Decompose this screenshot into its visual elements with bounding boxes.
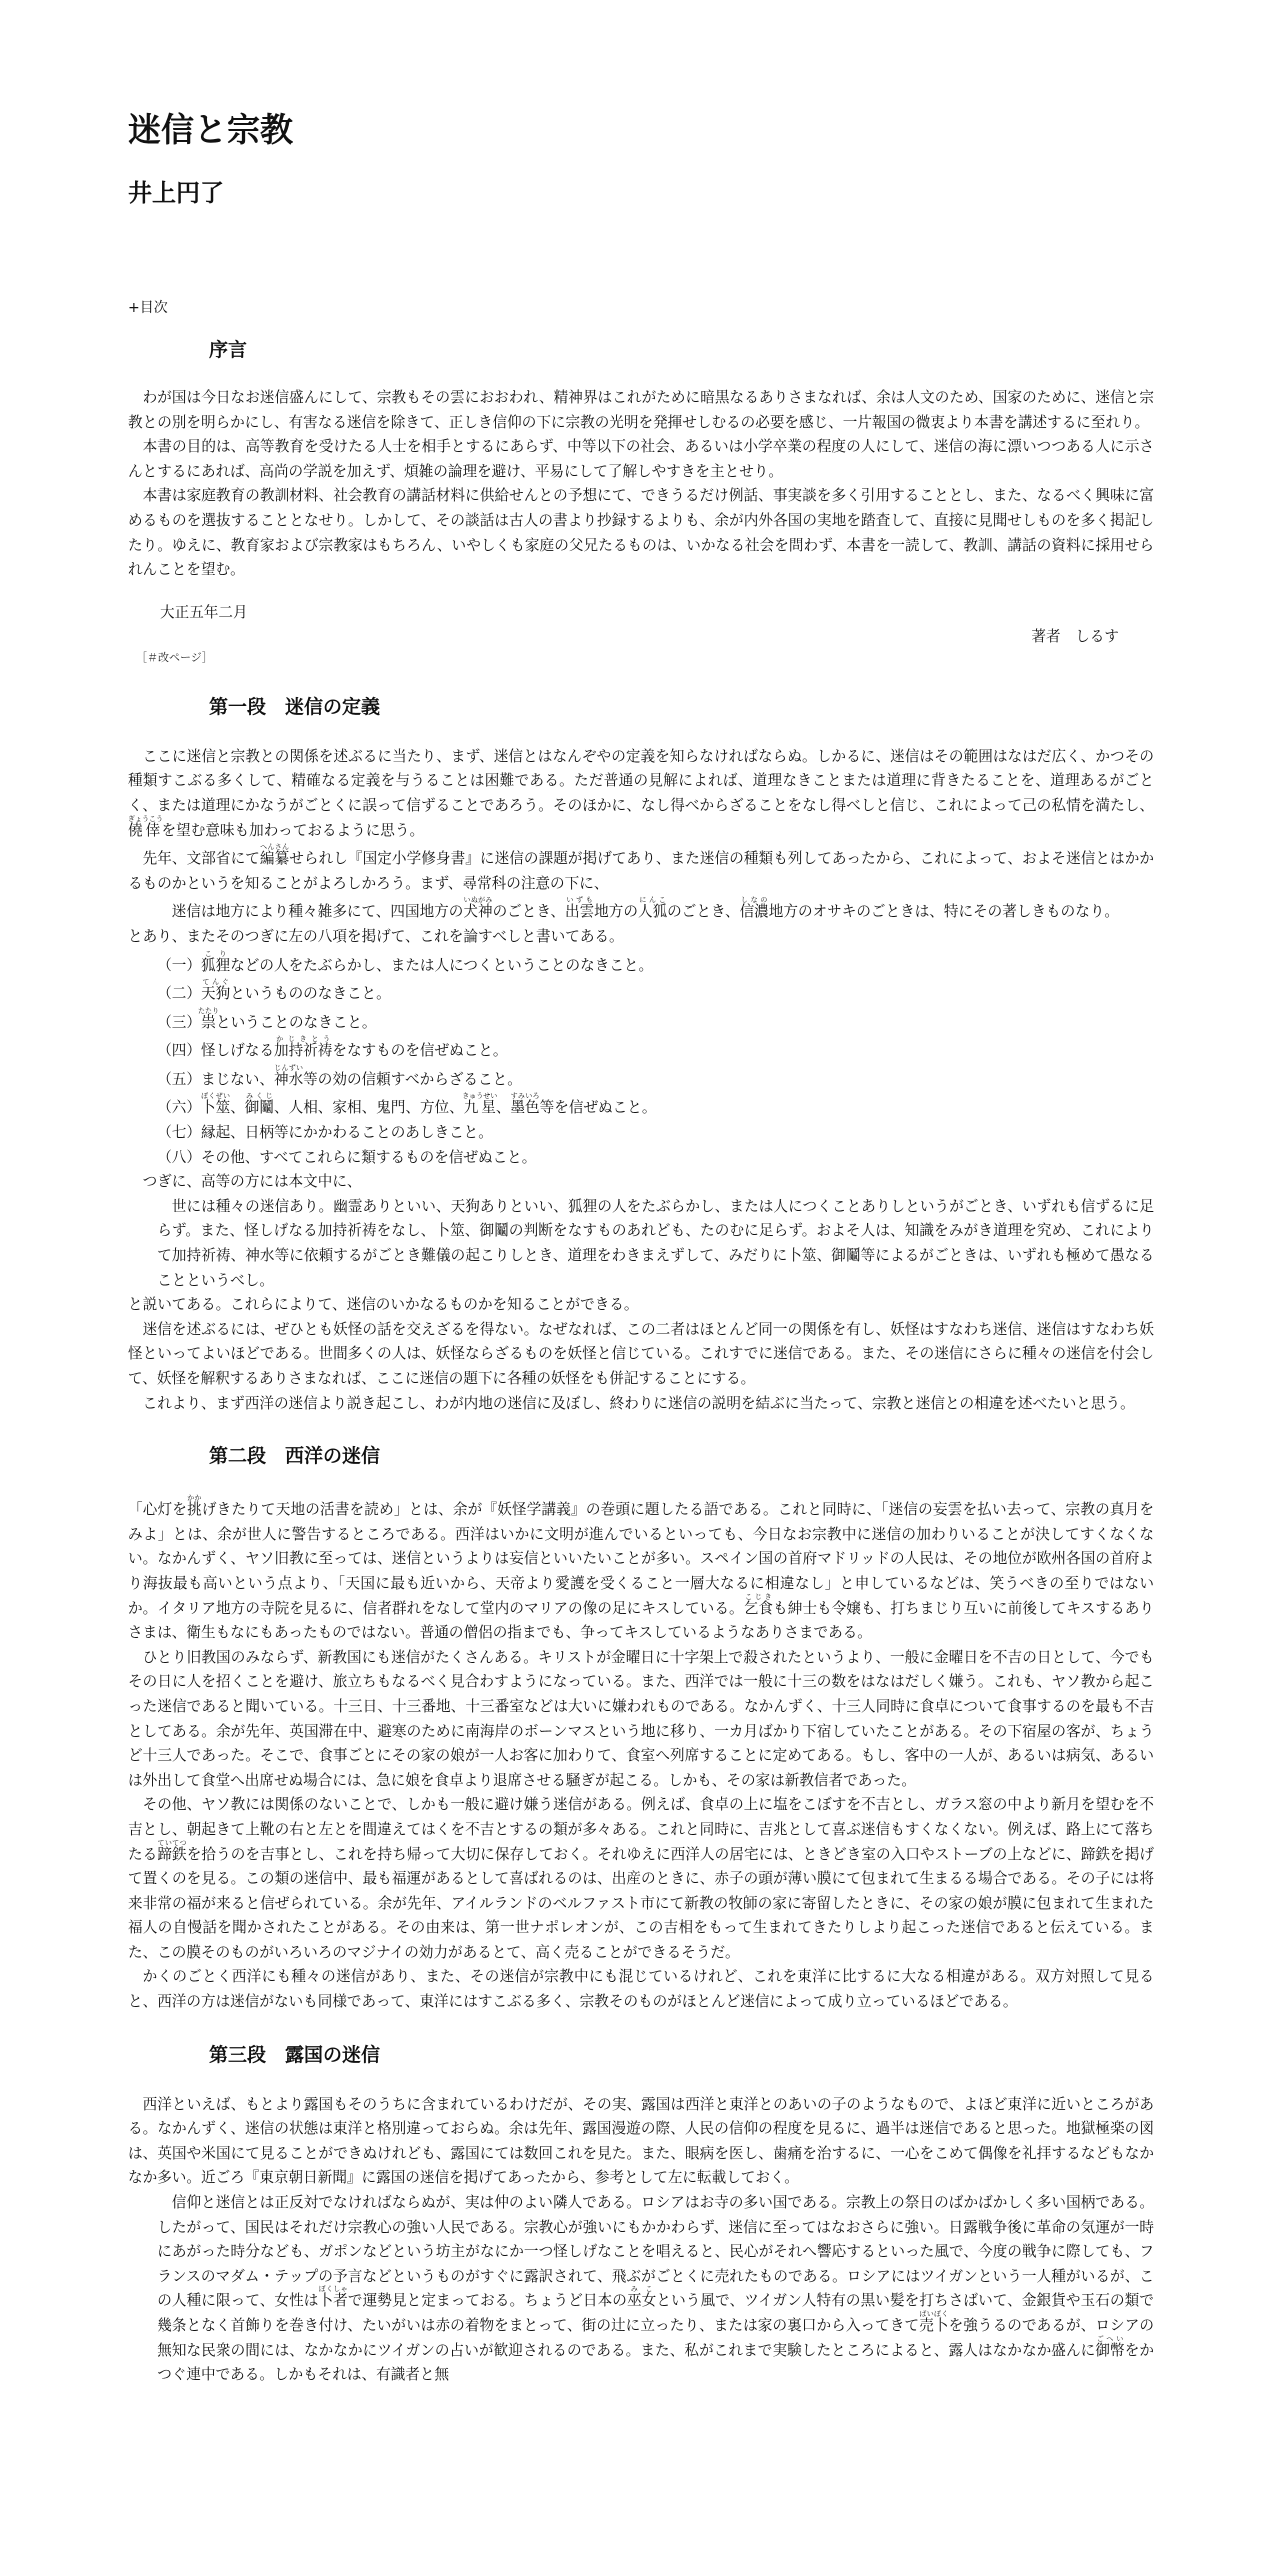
ruby-annotation: 編纂へんさん [260, 850, 289, 867]
section2-paragraph: ひとり旧教国のみならず、新教国にも迷信がたくさんある。キリストが金曜日に十字架上… [128, 1646, 1154, 1794]
section2-paragraph: 「心灯を挑かかげきたりて天地の活書を読め」とは、余が『妖怪学講義』の巻頭に題した… [128, 1494, 1154, 1646]
section1-paragraph: ここに迷信と宗教との関係を述ぶるに当たり、まず、迷信とはなんぞやの定義を知らなけ… [128, 745, 1154, 843]
document-page: 迷信と宗教 井上円了 +目次 序言 わが国は今日なお迷信盛んにして、宗教もその雲… [128, 0, 1154, 2388]
section-heading-preface: 序言 [128, 336, 1154, 364]
preface-paragraph: わが国は今日なお迷信盛んにして、宗教もその雲におおわれ、精神界はこれがために暗黒… [128, 386, 1154, 435]
list-item: （二）天狗てんぐというもののなきこと。 [128, 978, 1154, 1007]
list-item: （七）縁起、日柄等にかかわることのあしきこと。 [128, 1121, 1154, 1146]
section1-paragraph: と説いてある。これらによりて、迷信のいかなるものかを知ることができる。 [128, 1293, 1154, 1318]
list-item: （三）祟たたりということのなきこと。 [128, 1007, 1154, 1036]
list-item: （四）怪しげなる加持祈祷かじきとうをなすものを信ぜぬこと。 [128, 1035, 1154, 1064]
quote-block: 世には種々の迷信あり。幽霊ありといい、天狗ありといい、狐狸の人をたぶらかし、また… [157, 1195, 1154, 1293]
preface-paragraph: 本書の目的は、高等教育を受けたる人士を相手とするにあらず、中等以下の社会、あるい… [128, 435, 1154, 484]
list-item: （五）まじない、神水じんずい等の効の信頼すべからざること。 [128, 1064, 1154, 1093]
section1-paragraph: 迷信を述ぶるには、ぜひとも妖怪の話を交えざるを得ない。なぜなれば、この二者はほと… [128, 1318, 1154, 1392]
list-item: （一）狐狸こりなどの人をたぶらかし、または人につくということのなきこと。 [128, 950, 1154, 979]
preface-signature: 著者 しるす [128, 625, 1154, 649]
section2-paragraph: かくのごとく西洋にも種々の迷信があり、また、その迷信が宗教中にも混じているけれど… [128, 1965, 1154, 2014]
list-item: （八）その他、すべてこれらに類するものを信ぜぬこと。 [128, 1146, 1154, 1171]
section2-paragraph: その他、ヤソ教には関係のないことで、しかも一般に避け嫌う迷信がある。例えば、食卓… [128, 1793, 1154, 1965]
section1-paragraph: とあり、またそのつぎに左の八項を掲げて、これを論すべしと書いてある。 [128, 925, 1154, 950]
section-heading-1: 第一段 迷信の定義 [128, 693, 1154, 721]
section1-paragraph: 先年、文部省にて編纂へんさんせられし『国定小学修身書』に迷信の課題が掲げてあり、… [128, 843, 1154, 896]
toc-toggle[interactable]: +目次 [128, 298, 1154, 318]
quote-block: 信仰と迷信とは正反対でなければならぬが、実は仲のよい隣人である。ロシアはお寺の多… [157, 2191, 1154, 2388]
section-heading-3: 第三段 露国の迷信 [128, 2041, 1154, 2069]
ruby-annotation: 僥倖ぎょうこう [128, 822, 162, 839]
preface-date: 大正五年二月 [128, 601, 1154, 625]
quote-block: 迷信は地方により種々雑多にて、四国地方の犬神いぬがみのごとき、出雲いずも地方の人… [157, 896, 1154, 925]
section3-paragraph: 西洋といえば、もとより露国もそのうちに含まれているわけだが、その実、露国は西洋と… [128, 2093, 1154, 2191]
document-title: 迷信と宗教 [128, 0, 1154, 152]
superstition-list: （一）狐狸こりなどの人をたぶらかし、または人につくということのなきこと。 （二）… [128, 950, 1154, 1171]
page-break-marker: ［＃改ページ］ [128, 649, 1154, 667]
section1-paragraph: つぎに、高等の方には本文中に、 [128, 1170, 1154, 1195]
section1-paragraph: これより、まず西洋の迷信より説き起こし、わが内地の迷信に及ぼし、終わりに迷信の説… [128, 1392, 1154, 1417]
section-heading-2: 第二段 西洋の迷信 [128, 1442, 1154, 1470]
preface-paragraph: 本書は家庭教育の教訓材料、社会教育の講話材料に供給せんとの予想にて、できうるだけ… [128, 484, 1154, 582]
document-author: 井上円了 [128, 176, 1154, 210]
list-item: （六）卜筮ぼくぜい、御鬮みくじ、人相、家相、鬼門、方位、九星きゅうせい、墨色すみ… [128, 1092, 1154, 1121]
